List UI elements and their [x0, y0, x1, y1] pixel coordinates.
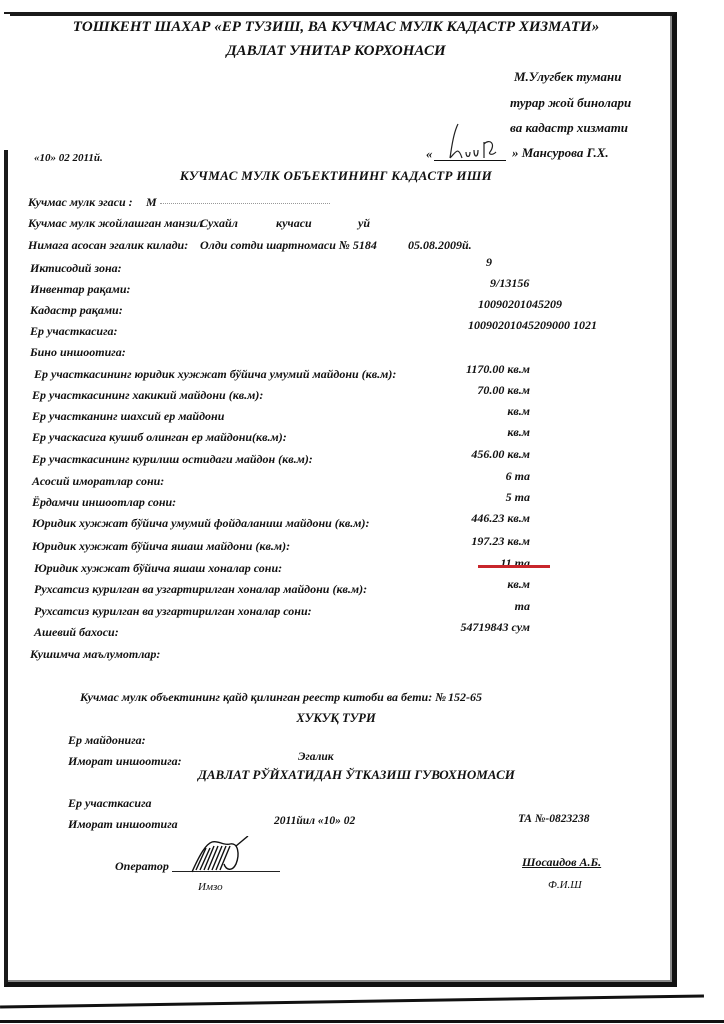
- field-label: Ер участкасининг хакикий майдони (кв.м):: [32, 388, 263, 402]
- approval-dept-line: М.Улугбек тумани: [514, 70, 621, 84]
- certificate-date: 2011йил «10» 02: [274, 814, 355, 828]
- field-value: кв.м: [330, 425, 530, 439]
- operator-signature-icon: [186, 836, 256, 876]
- certificate-building-label: Иморат иншоотига: [68, 817, 178, 831]
- field-label: Ер учаскасига кушиб олинган ер майдони(к…: [32, 430, 287, 444]
- field-label: Юридик хужжат бўйича яшаш хоналар сони:: [34, 561, 282, 575]
- quote-open: «: [426, 147, 433, 161]
- field-value: 197.23 кв.м: [330, 534, 530, 548]
- basis-label: Нимага асосан эгалик килади:: [28, 238, 188, 252]
- field-label: Асосий иморатлар сони:: [32, 474, 164, 488]
- rights-building-label: Иморат иншоотига:: [68, 754, 182, 768]
- document-title: КУЧМАС МУЛК ОБЪЕКТИНИНГ КАДАСТР ИШИ: [0, 169, 672, 183]
- field-value: 70.00 кв.м: [330, 383, 530, 397]
- highlight-underline: [478, 565, 550, 568]
- field-label: Ёрдамчи иншоотлар сони:: [32, 495, 176, 509]
- registry-label: Кучмас мулк объектининг қайд қилинган ре…: [80, 690, 446, 704]
- field-value: 54719843 сум: [330, 620, 530, 634]
- field-value: 5 та: [330, 490, 530, 504]
- field-value: 456.00 кв.м: [330, 447, 530, 461]
- approval-dept-line: ва кадастр хизмати: [510, 121, 628, 135]
- operator-label: Оператор: [115, 859, 169, 873]
- field-value: 10090201045209: [478, 297, 562, 311]
- field-value: 446.23 кв.м: [330, 511, 530, 525]
- owner-value: М: [146, 195, 157, 209]
- approver-name: » Мансурова Г.Х.: [512, 146, 609, 160]
- rights-heading: ХУКУҚ ТУРИ: [0, 711, 672, 725]
- field-value: кв.м: [330, 577, 530, 591]
- field-label: Рухсатсиз курилган ва узгартирилган хона…: [34, 582, 367, 596]
- field-label: Ер участкасининг курилиш остидаги майдон…: [32, 452, 313, 466]
- field-label: Ер участкасига:: [30, 324, 118, 338]
- approver-signature-icon: [440, 122, 510, 162]
- address-street: Сухайл: [200, 216, 238, 230]
- certificate-number: ТА №-0823238: [518, 812, 589, 826]
- field-label: Ашевий бахоси:: [34, 625, 119, 639]
- address-street-suffix: кучаси: [276, 216, 312, 230]
- field-value: 1170.00 кв.м: [330, 362, 530, 376]
- field-label: Ер участканинг шахсий ер майдони: [32, 409, 224, 423]
- field-label: Иктисодий зона:: [30, 261, 122, 275]
- scan-edge-line: [0, 994, 704, 1008]
- field-value: 6 та: [330, 469, 530, 483]
- field-value: кв.м: [330, 404, 530, 418]
- header-line-1: ТОШКЕНТ ШАХАР «ЕР ТУЗИШ, ВА КУЧМАС МУЛК …: [0, 20, 672, 34]
- field-label: Рухсатсиз курилган ва узгартирилган хона…: [34, 604, 312, 618]
- owner-label: Кучмас мулк эгаси :: [28, 195, 133, 209]
- basis-date: 05.08.2009й.: [408, 238, 472, 252]
- name-caption: Ф.И.Ш: [548, 878, 582, 892]
- field-value: 9: [486, 255, 492, 269]
- field-label: Кушимча маълумотлар:: [30, 647, 160, 661]
- certificate-heading: ДАВЛАТ РЎЙХАТИДАН ЎТКАЗИШ ГУВОХНОМАСИ: [198, 768, 515, 782]
- address-house-suffix: уй: [358, 216, 370, 230]
- approval-dept-line: турар жой бинолари: [510, 96, 631, 110]
- basis-value: Олди сотди шартномаси № 5184: [200, 238, 377, 252]
- field-label: Инвентар рақами:: [30, 282, 131, 296]
- field-label: Юридик хужжат бўйича яшаш майдони (кв.м)…: [32, 539, 290, 553]
- approval-date: «10» 02 2011й.: [34, 151, 103, 165]
- field-value: 9/13156: [490, 276, 529, 290]
- registry-value: 152-65: [448, 690, 482, 704]
- rights-land-label: Ер майдонига:: [68, 733, 146, 747]
- rights-building-value: Эгалик: [298, 750, 334, 764]
- field-label: Кадастр рақами:: [30, 303, 123, 317]
- header-line-2: ДАВЛАТ УНИТАР КОРХОНАСИ: [0, 44, 672, 58]
- signature-caption: Имзо: [198, 880, 223, 894]
- field-value: та: [330, 599, 530, 613]
- address-label: Кучмас мулк жойлашган манзил: [28, 216, 203, 230]
- field-label: Бино иншоотига:: [30, 345, 126, 359]
- field-label: Юридик хужжат бўйича умумий фойдаланиш м…: [32, 516, 369, 530]
- operator-name: Шосаидов А.Б.: [522, 855, 601, 869]
- field-value: 10090201045209000 1021: [468, 318, 597, 332]
- certificate-land-label: Ер участкасига: [68, 796, 152, 810]
- border-gap: [2, 14, 10, 150]
- redacted-owner: [160, 203, 330, 204]
- scan-edge-line: [0, 1020, 724, 1023]
